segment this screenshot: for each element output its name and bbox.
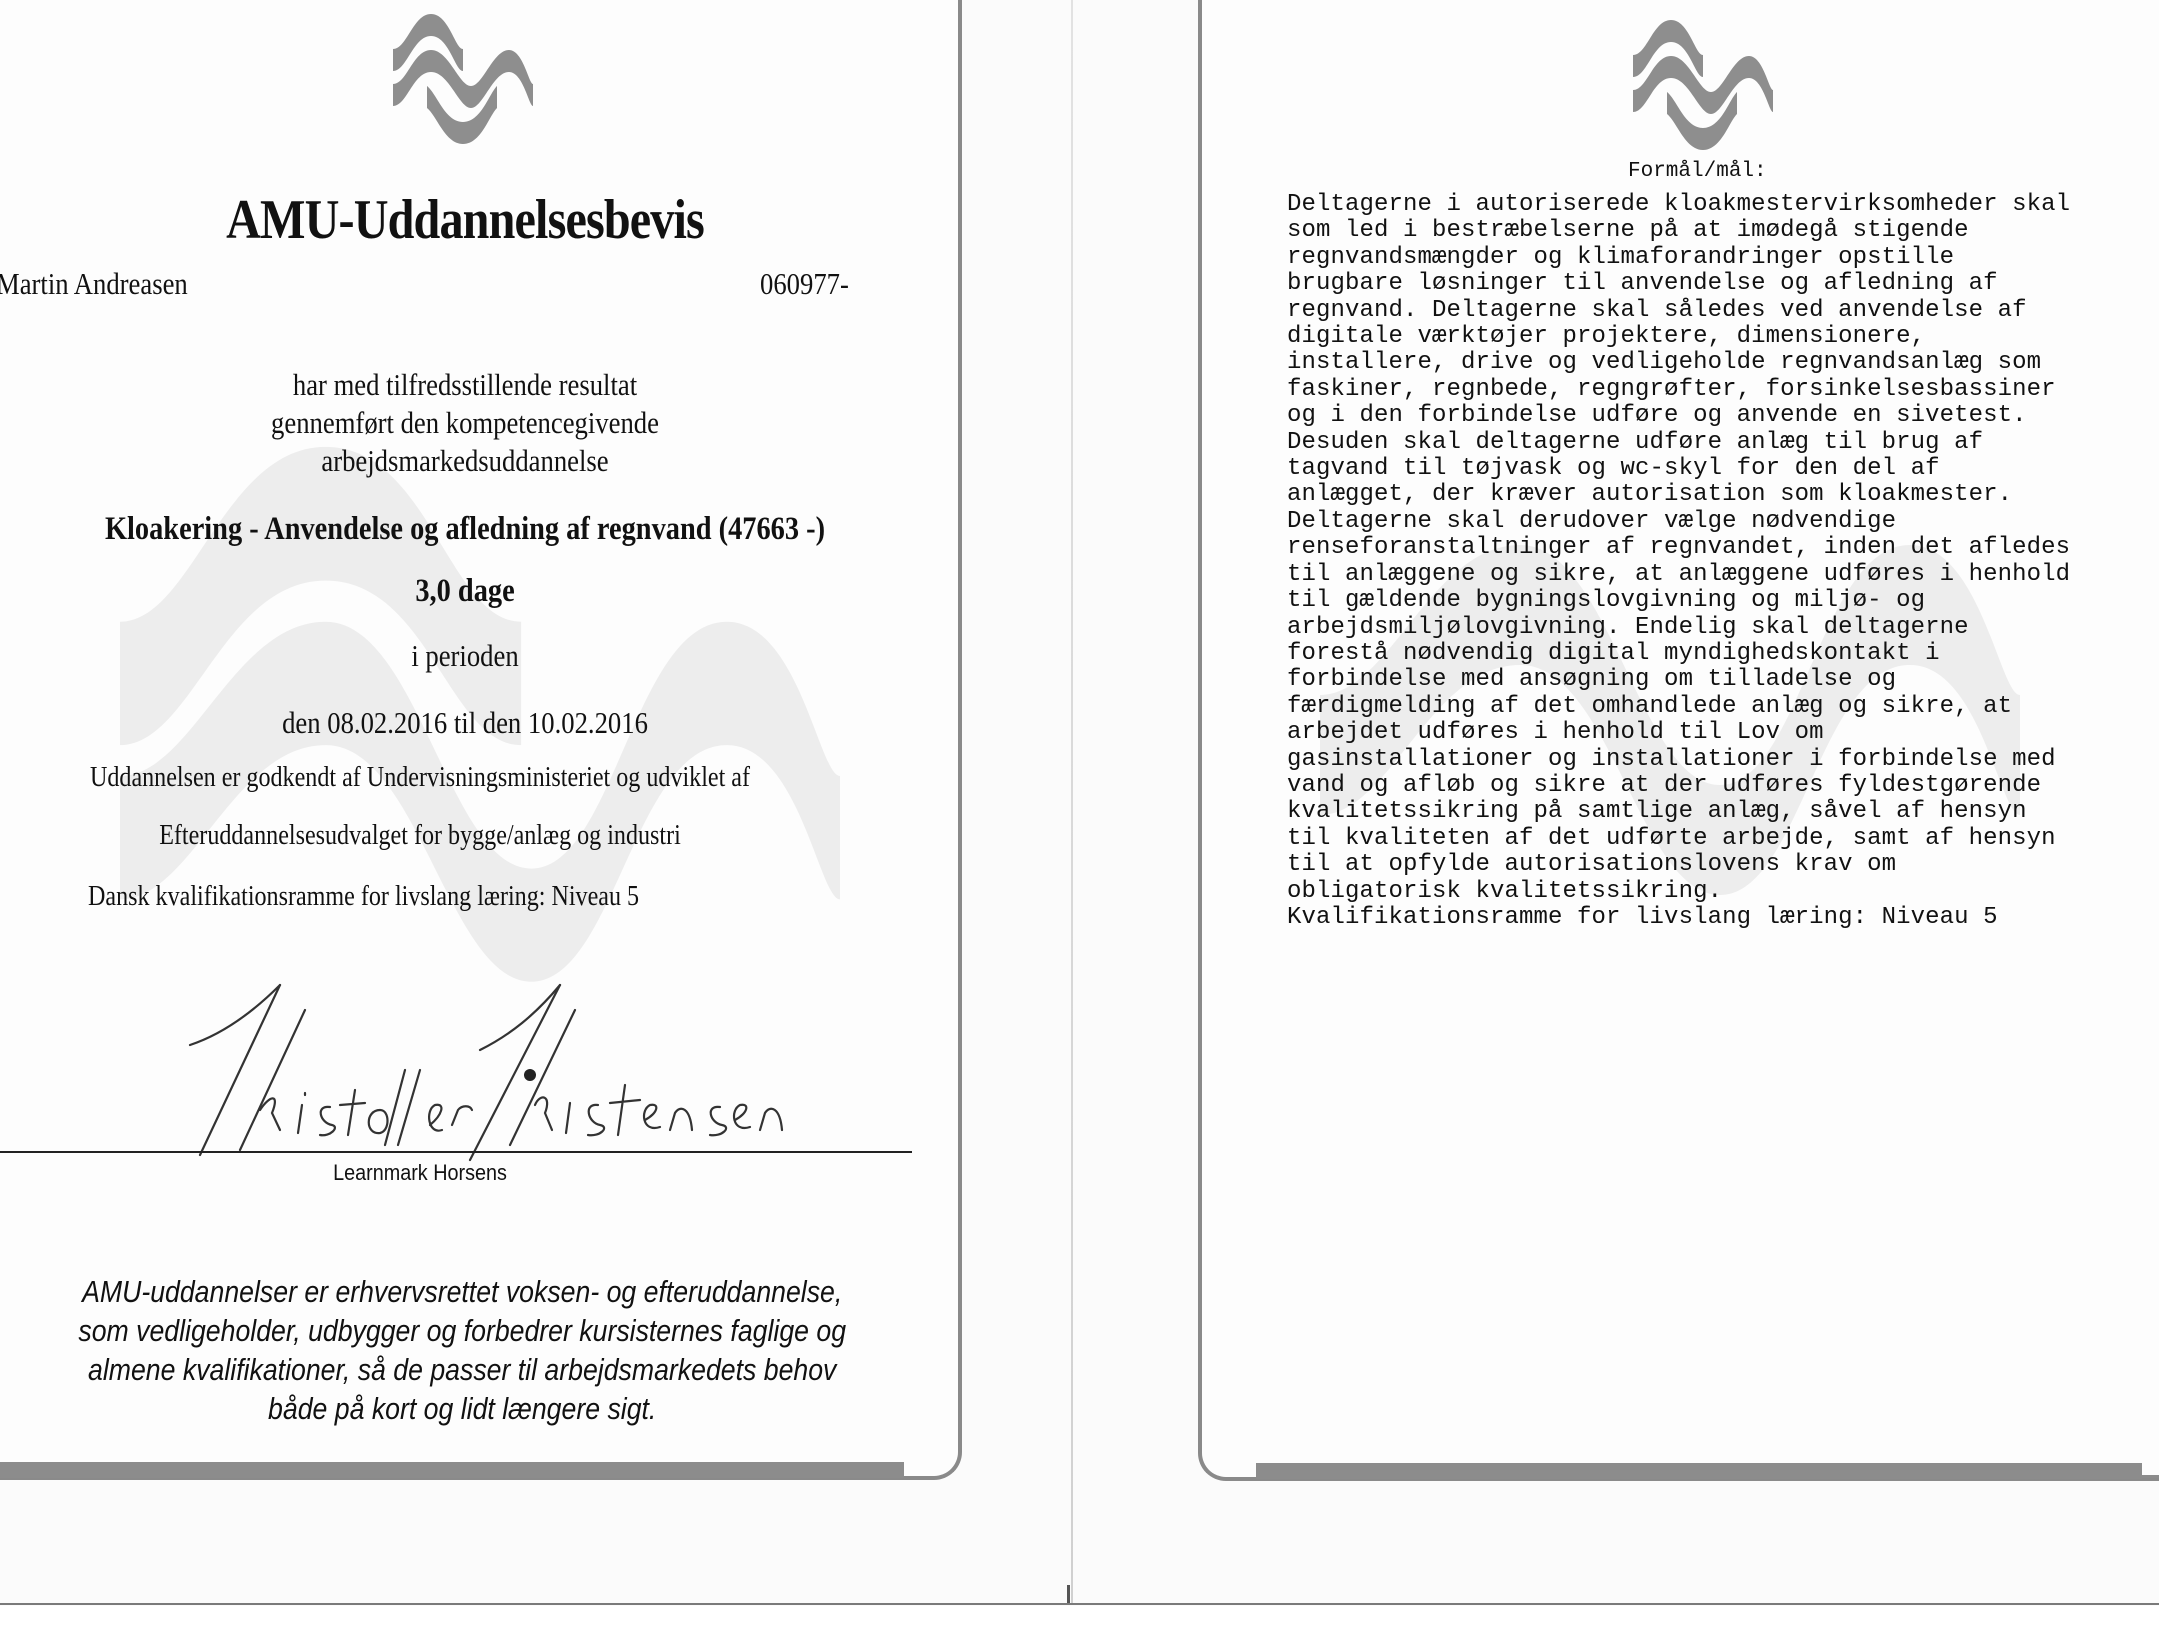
slogan-line-4: både på kort og lidt længere sigt. [62,1389,862,1428]
purpose-line: regnvandsmængder og klimaforandringer op… [1287,245,2070,271]
purpose-text: Deltagerne i autoriserede kloakmestervir… [1287,192,2070,931]
intro-line-3: arbejdsmarkedsuddannelse [65,443,865,479]
purpose-line: arbejdet udføres i henhold til Lov om [1287,720,2070,746]
purpose-line: Deltagerne i autoriserede kloakmestervir… [1287,192,2070,218]
purpose-line: faskiner, regnbede, regngrøfter, forsink… [1287,377,2070,403]
purpose-line: til gældende bygningslovgivning og miljø… [1287,588,2070,614]
purpose-line: færdigmelding af det omhandlede anlæg og… [1287,694,2070,720]
purpose-line: til anlæggene og sikre, at anlæggene udf… [1287,562,2070,588]
slogan-line-2: som vedligeholder, udbygger og forbedrer… [62,1311,862,1350]
purpose-line: til at opfylde autorisationslovens krav … [1287,852,2070,878]
approval-line-1: Uddannelsen er godkendt af Undervisnings… [59,762,781,794]
footer-bar-left [0,1462,904,1478]
purpose-line: Kvalifikationsramme for livslang læring:… [1287,905,2070,931]
purpose-line: gasinstallationer og installationer i fo… [1287,747,2070,773]
intro-line-1: har med tilfredsstillende resultat [65,367,865,403]
purpose-line: renseforanstaltninger af regnvandet, ind… [1287,535,2070,561]
footer-bar-right-tail [2142,1475,2159,1478]
purpose-line: tagvand til tøjvask og wc-skyl for den d… [1287,456,2070,482]
course-name: Kloakering - Anvendelse og afledning af … [65,511,865,548]
purpose-line: vand og afløb og sikre at der udføres fy… [1287,773,2070,799]
signature-line [0,1151,912,1153]
footer-bar-right [1256,1463,2142,1479]
paper-bottom-edge [0,1603,2159,1605]
fold-notch [1067,1585,1070,1605]
participant-name: Martin Andreasen [0,266,188,302]
period-label: i perioden [65,638,865,674]
purpose-line: Deltagerne skal derudover vælge nødvendi… [1287,509,2070,535]
purpose-line: til kvaliteten af det udførte arbejde, s… [1287,826,2070,852]
purpose-line: kvalitetssikring på samtlige anlæg, såve… [1287,799,2070,825]
scanner-margin [0,1606,2159,1625]
purpose-line: regnvand. Deltagerne skal således ved an… [1287,298,2070,324]
purpose-line: digitale værktøjer projektere, dimension… [1287,324,2070,350]
issuer-name: Learnmark Horsens [42,1160,798,1186]
intro-line-2: gennemført den kompetencegivende [65,405,865,441]
purpose-line: og i den forbindelse udføre og anvende e… [1287,403,2070,429]
course-duration: 3,0 dage [65,573,865,610]
purpose-heading: Formål/mål: [1628,160,1767,183]
purpose-line: forestå nødvendig digital myndighedskont… [1287,641,2070,667]
slogan-line-3: almene kvalifikationer, så de passer til… [62,1350,862,1389]
purpose-line: obligatorisk kvalitetssikring. [1287,879,2070,905]
signature [180,975,840,1165]
amu-logo-icon [393,14,533,144]
cpr-number: 060977- [760,266,849,302]
purpose-line: brugbare løsninger til anvendelse og afl… [1287,271,2070,297]
qualification-level: Dansk kvalifikationsramme for livslang l… [88,881,639,913]
amu-logo-icon [1633,20,1773,150]
course-period: den 08.02.2016 til den 10.02.2016 [65,705,865,741]
center-fold [1071,0,1073,1605]
certificate-title: AMU-Uddannelsesbevis [65,188,865,252]
slogan-line-1: AMU-uddannelser er erhvervsrettet voksen… [62,1272,862,1311]
purpose-line: Desuden skal deltagerne udføre anlæg til… [1287,430,2070,456]
approval-line-2: Efteruddannelsesudvalget for bygge/anlæg… [59,820,781,852]
purpose-line: som led i bestræbelserne på at imødegå s… [1287,218,2070,244]
purpose-line: anlægget, der kræver autorisation som kl… [1287,482,2070,508]
amu-slogan: AMU-uddannelser er erhvervsrettet voksen… [62,1272,862,1428]
purpose-line: installere, drive og vedligeholde regnva… [1287,350,2070,376]
purpose-line: arbejdsmiljølovgivning. Endelig skal del… [1287,615,2070,641]
purpose-line: forbindelse med ansøgning om tilladelse … [1287,667,2070,693]
